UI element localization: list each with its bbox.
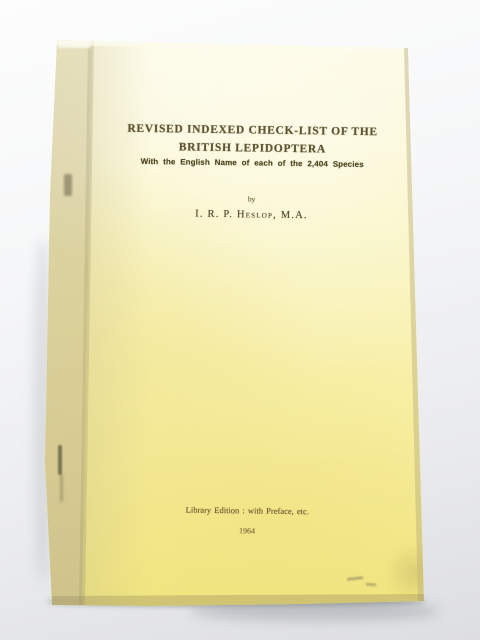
title-line-1: REVISED INDEXED CHECK-LIST OF THE (43, 122, 463, 140)
publication-year: 1964 (37, 523, 457, 538)
author-name: I. R. P. Heslop, M.A. (41, 207, 461, 224)
title-line-2: BRITISH LEPIDOPTERA (42, 140, 462, 158)
cover-text-block: REVISED INDEXED CHECK-LIST OF THE BRITIS… (36, 0, 465, 640)
byline: by (42, 192, 462, 207)
book-photo: REVISED INDEXED CHECK-LIST OF THE BRITIS… (0, 0, 480, 640)
edition-line: Library Edition : with Preface, etc. (37, 502, 457, 518)
subtitle: With the English Name of each of the 2,4… (42, 156, 462, 171)
book-cover: REVISED INDEXED CHECK-LIST OF THE BRITIS… (0, 0, 480, 640)
